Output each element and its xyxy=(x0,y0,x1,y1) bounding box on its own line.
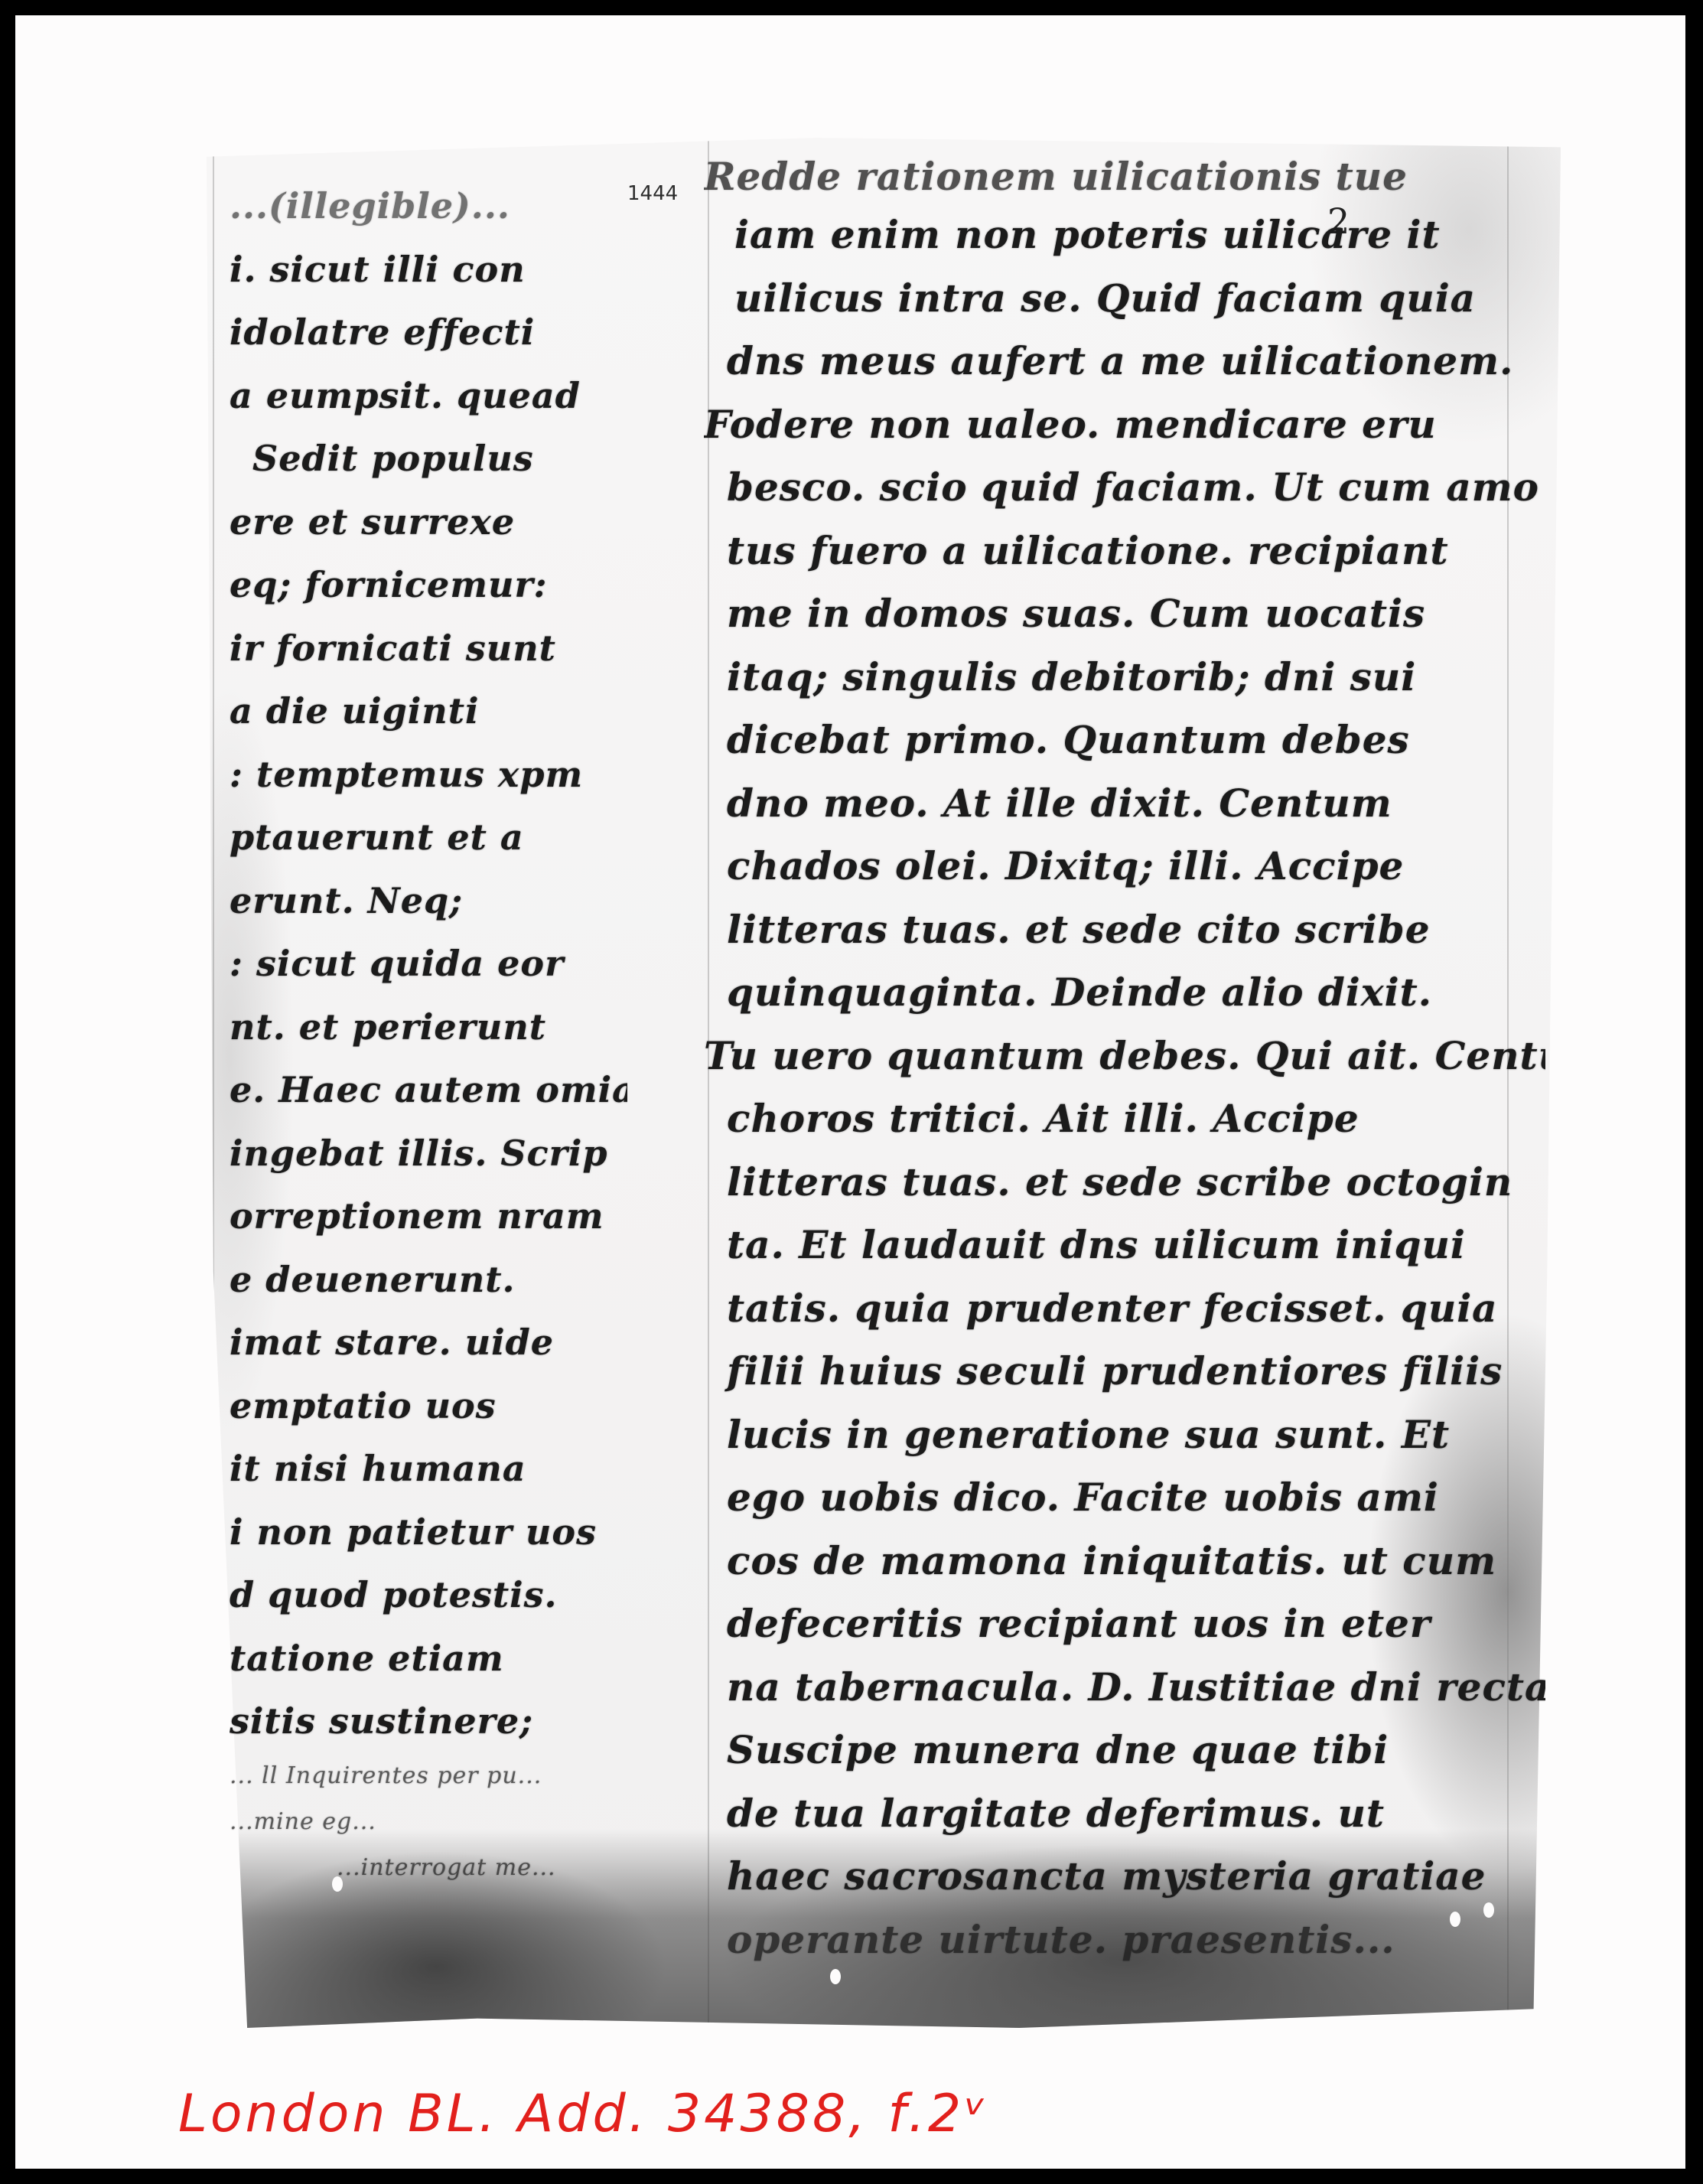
text-line: itaq; singulis debitorib; dni sui xyxy=(704,646,1545,709)
text-line: ir fornicati sunt xyxy=(230,617,627,680)
text-line: tus fuero a uilicatione. recipiant xyxy=(704,520,1545,583)
text-line: i. sicut illi con xyxy=(230,238,627,302)
text-line: me in domos suas. Cum uocatis xyxy=(704,582,1545,646)
text-line: de tua largitate deferimus. ut xyxy=(704,1782,1545,1846)
text-line: a die uiginti xyxy=(230,680,627,743)
text-line: dno meo. At ille dixit. Centum xyxy=(704,772,1545,836)
text-line-small: ...mine eg... xyxy=(230,1799,627,1845)
text-line: : sicut quida eor xyxy=(230,932,627,996)
text-line: filii huius seculi prudentiores filiis xyxy=(704,1340,1545,1403)
text-line: iam enim non poteris uilicare it xyxy=(704,204,1545,267)
text-line: eq; fornicemur: xyxy=(230,553,627,617)
text-line: Suscipe munera dne quae tibi xyxy=(704,1719,1545,1782)
text-line: : temptemus xpm xyxy=(230,743,627,807)
text-line: defeceritis recipiant uos in eter xyxy=(704,1592,1545,1656)
text-line: ingebat illis. Scrip xyxy=(230,1122,627,1185)
text-line: nt. et perierunt xyxy=(230,996,627,1059)
text-line: Fodere non ualeo. mendicare eru xyxy=(704,393,1545,457)
text-line: ego uobis dico. Facite uobis ami xyxy=(704,1466,1545,1530)
ruling-line-left xyxy=(213,138,214,2028)
text-line: operante uirtute. praesentis... xyxy=(704,1909,1545,1972)
text-line: chados olei. Dixitq; illi. Accipe xyxy=(704,835,1545,898)
text-line: uilicus intra se. Quid faciam quia xyxy=(704,267,1545,331)
text-line: imat stare. uide xyxy=(230,1311,627,1374)
text-line: besco. scio quid faciam. Ut cum amo xyxy=(704,456,1545,520)
text-line: ...(illegible)... xyxy=(230,174,627,238)
text-line: Sedit populus xyxy=(230,427,627,491)
text-line: na tabernacula. D. Iustitiae dni rectae xyxy=(704,1656,1545,1719)
text-line: emptatio uos xyxy=(230,1374,627,1438)
text-line: quinquaginta. Deinde alio dixit. xyxy=(704,961,1545,1025)
text-line: dns meus aufert a me uilicationem. xyxy=(704,330,1545,393)
right-column: Redde rationem uilicationis tue iam enim… xyxy=(704,174,1545,1971)
text-line-small: ...interrogat me... xyxy=(230,1845,627,1891)
text-line: e. Haec autem omia xyxy=(230,1058,627,1122)
left-column: ...(illegible)... i. sicut illi con idol… xyxy=(230,174,627,1891)
marginal-number: 1444 xyxy=(627,182,678,205)
shelfmark-caption: London BL. Add. 34388, f.2ᵛ xyxy=(178,2084,988,2144)
text-line: Redde rationem uilicationis tue xyxy=(704,158,1545,204)
text-line: erunt. Neq; xyxy=(230,869,627,933)
text-line: litteras tuas. et sede cito scribe xyxy=(704,898,1545,962)
text-line: a eumpsit. quead xyxy=(230,364,627,428)
text-line: orreptionem nram xyxy=(230,1185,627,1248)
text-line: ptauerunt et a xyxy=(230,806,627,869)
text-line-small: ... ll Inquirentes per pu... xyxy=(230,1753,627,1799)
parchment-hole xyxy=(830,1969,841,1984)
text-line: choros tritici. Ait illi. Accipe xyxy=(704,1087,1545,1151)
text-line: e deuenerunt. xyxy=(230,1248,627,1312)
text-line: lucis in generatione sua sunt. Et xyxy=(704,1403,1545,1467)
text-line: tatione etiam xyxy=(230,1627,627,1690)
text-line: haec sacrosancta mysteria gratiae xyxy=(704,1845,1545,1909)
text-line: litteras tuas. et sede scribe octogin xyxy=(704,1151,1545,1214)
text-line: sitis sustinere; xyxy=(230,1690,627,1753)
text-line: idolatre effecti xyxy=(230,301,627,364)
text-line: it nisi humana xyxy=(230,1437,627,1501)
text-line: Tu uero quantum debes. Qui ait. Centum xyxy=(704,1025,1545,1088)
text-line: ta. Et laudauit dns uilicum iniqui xyxy=(704,1214,1545,1277)
text-line: tatis. quia prudenter fecisset. quia xyxy=(704,1277,1545,1341)
text-line: cos de mamona iniquitatis. ut cum xyxy=(704,1530,1545,1593)
text-line: ere et surrexe xyxy=(230,491,627,554)
text-line: d quod potestis. xyxy=(230,1563,627,1627)
text-line: dicebat primo. Quantum debes xyxy=(704,709,1545,772)
text-line: i non patietur uos xyxy=(230,1501,627,1564)
